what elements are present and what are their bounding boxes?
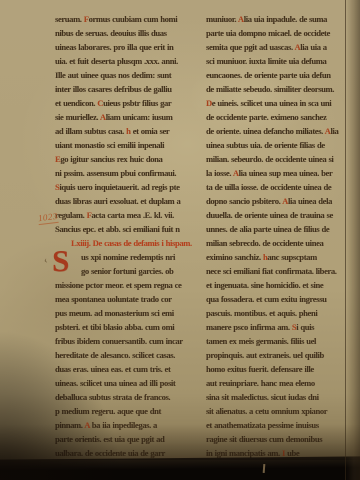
drop-cap-initial: S — [52, 244, 80, 278]
left-column: seruam. Formus cuubiam cum hominibus de … — [55, 12, 199, 460]
text-line: milian. sebeurdo. de occidente uinea si — [206, 152, 356, 166]
bottom-shadow-fade — [0, 424, 360, 460]
text-line: manere psco infirma am. Si quis — [206, 320, 356, 334]
text-line: dopno sancio psbitero. Alia uinea dela — [206, 194, 356, 208]
bottom-dark-edge — [0, 456, 360, 480]
manuscript-photo: seruam. Formus cuubiam cum hominibus de … — [0, 0, 360, 480]
text-line: muniuor. Alia uia inpadule. de suma — [206, 12, 356, 26]
text-line: uineas. scilicet una uinea ad illi posit — [55, 376, 199, 390]
text-line: ta de uilla iosse. de occidente uinea de — [206, 180, 356, 194]
text-line: sina sit maledictus. sicut iudas dni — [206, 390, 356, 404]
marginal-year-note: 1023 — [37, 211, 58, 225]
text-line: eximino sanchiz. hanc supscptam — [206, 250, 356, 264]
text-line: de oriente. uinea defancho miliates. Ali… — [206, 124, 356, 138]
text-line: regulam. Facta carta mea .E. kl. vii. — [55, 208, 199, 222]
text-line: hereditate de alesanco. scilicet casas. — [55, 348, 199, 362]
text-line: ad illam subtus casa. h et omia ser — [55, 124, 199, 138]
text-line: missione pctor meor. et spem regna ce — [55, 278, 199, 292]
text-line: sit alienatus. a cetu omnium xpianor — [206, 404, 356, 418]
text-line: milian sebrecdo. de occidente uinea — [206, 236, 356, 250]
text-line: nibus de seruas. deouius illis duas — [55, 26, 199, 40]
text-line: fribus ibidem conuersantib. cum incar — [55, 334, 199, 348]
text-line: Ille aut uinee quas nos dedim: sunt — [55, 68, 199, 82]
right-column: muniuor. Alia uia inpadule. de sumaparte… — [206, 12, 356, 460]
text-line: et uendicon. Cuieus psbtr filius gar — [55, 96, 199, 110]
text-line: homo exitus fuerit. defensare ille — [206, 362, 356, 376]
text-line: duas eras. uinea eas. et cum tris. et — [55, 362, 199, 376]
text-line: de occidente parte. eximeno sanchez — [206, 110, 356, 124]
text-line: euncaones. de oriente parte uia defun — [206, 68, 356, 82]
text-line: seruam. Formus cuubiam cum homi — [55, 12, 199, 26]
text-line: mea spontanea uoluntate trado cor — [55, 292, 199, 306]
text-line: aut reuinpriare. hanc mea elemo — [206, 376, 356, 390]
text-line: nece sci emiliani fiat confirmata. liber… — [206, 264, 356, 278]
text-line: De uineis. scilicet una uinea in sca uni — [206, 96, 356, 110]
text-line: et ingenuata. sine homicidio. et sine — [206, 278, 356, 292]
text-line: tamen ex meis germanis. filiis uel — [206, 334, 356, 348]
text-line: uinea subtus uia. de oriente filias de — [206, 138, 356, 152]
text-line: qua fossadera. et cum exitu ingressu — [206, 292, 356, 306]
text-line: uiant monastio sci emilii inpenali — [55, 138, 199, 152]
text-line: duas libras auri exsoluat. et duplam a — [55, 194, 199, 208]
text-line: uia. et fuit deserta plusqm .xxx. anni. — [55, 54, 199, 68]
text-line: pascuis. montibus. et aquis. pheni — [206, 306, 356, 320]
text-line: psbteri. et tibi blasio abba. cum omi — [55, 320, 199, 334]
text-line: semita que pgit ad uascas. Alia uia a — [206, 40, 356, 54]
text-line: propinquis. aut extraneis. uel quilib — [206, 348, 356, 362]
text-line: p medium regeru. aque que dnt — [55, 404, 199, 418]
text-line: duuella. de oriente uinea de trauina se — [206, 208, 356, 222]
text-line: deballuca subtus strata de francos. — [55, 390, 199, 404]
text-line: pus meum. ad monasterium sci emi — [55, 306, 199, 320]
text-line: uineas laborares. pro illa que erit in — [55, 40, 199, 54]
page-edge-shadow — [345, 0, 360, 480]
text-line: sie muriellez. Aliam unicam: iusum — [55, 110, 199, 124]
margin-pen-mark: ‹ — [43, 255, 49, 266]
text-line: parte uia dompno micael. de occidete — [206, 26, 356, 40]
text-line: Sancius epc. et abb. sci emiliani fuit n — [55, 222, 199, 236]
text-line: la iosse. Alia uinea sup mea uinea. ber — [206, 166, 356, 180]
text-line: sci muniuor. iuxta limite uia defuma — [206, 54, 356, 68]
text-line: unnes. de alia parte uinea de filius de — [206, 222, 356, 236]
text-line: Siquis uero inquietauerit. ad regis pte — [55, 180, 199, 194]
text-line: inter illos casares defribus de galliu — [55, 82, 199, 96]
text-line: Ego igitur sancius rex huic dona — [55, 152, 199, 166]
text-line: de miliatte sebeudo. similiter deorsum. — [206, 82, 356, 96]
text-line: ni pssim. assensum pbui confirmaui. — [55, 166, 199, 180]
